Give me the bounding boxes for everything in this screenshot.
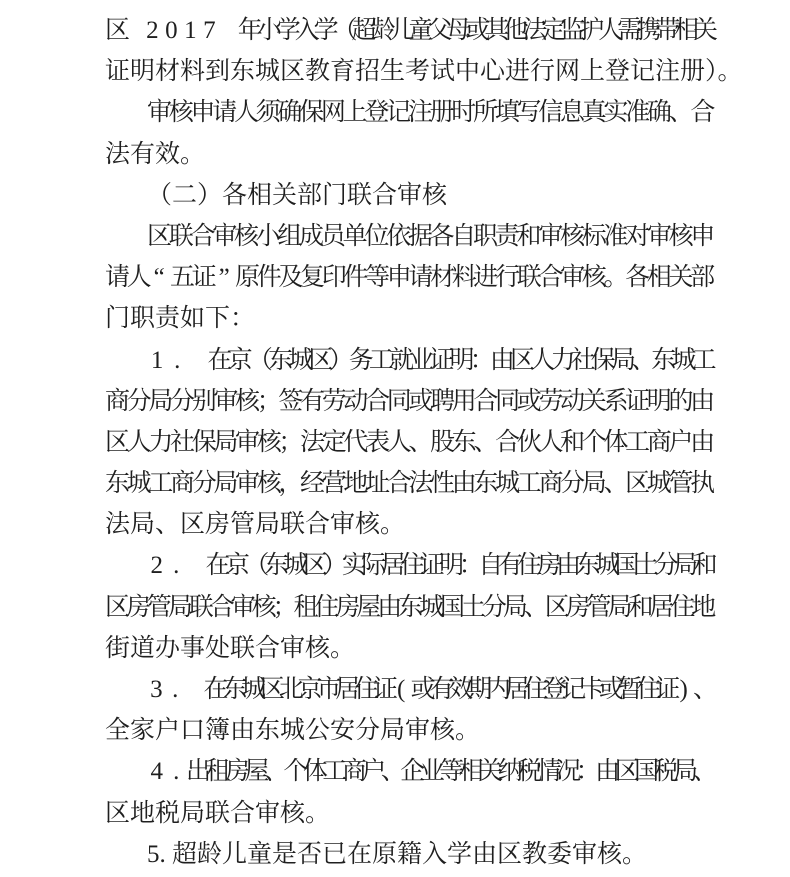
text-line: 5. 超龄儿童是否已在原籍入学由区教委审核。 <box>105 834 712 875</box>
text-line: 区联合审核小组成员单位依据各自职责和审核标准对审核申 <box>105 216 712 257</box>
text-line: 审核申请人须确保网上登记注册时所填写信息真实准确、合 <box>105 92 712 133</box>
text-line: 3. 在东城区北京市居住证(或有效期内居住登记卡或暂住证)、 <box>105 669 712 710</box>
text-line: 商分局分别审核；签有劳动合同或聘用合同或劳动关系证明的由 <box>105 381 712 422</box>
paragraph: 2. 在京（东城区）实际居住证明：自有住房由东城国土分局和区房管局联合审核；租住… <box>105 545 712 669</box>
paragraph: 区联合审核小组成员单位依据各自职责和审核标准对审核申请人“五证”原件及复印件等申… <box>105 216 712 340</box>
text-line: 区人力社保局审核；法定代表人、股东、合伙人和个体工商户由 <box>105 422 712 463</box>
text-line: 法有效。 <box>105 134 712 175</box>
text-line: 法局、区房管局联合审核。 <box>105 504 712 545</box>
paragraph: 4.出租房屋、个体工商户、企业等相关纳税情况：由区国税局、区地税局联合审核。 <box>105 751 712 833</box>
paragraph: （二）各相关部门联合审核 <box>105 175 712 216</box>
text-line: 街道办事处联合审核。 <box>105 628 712 669</box>
text-line: 1. 在京（东城区）务工就业证明：由区人力社保局、东城工 <box>105 340 712 381</box>
paragraph: 5. 超龄儿童是否已在原籍入学由区教委审核。 <box>105 834 712 875</box>
paragraph: 1. 在京（东城区）务工就业证明：由区人力社保局、东城工商分局分别审核；签有劳动… <box>105 340 712 546</box>
text-line: 证明材料到东城区教育招生考试中心进行网上登记注册）。 <box>105 51 712 92</box>
text-line: 区地税局联合审核。 <box>105 793 712 834</box>
text-line: 东城工商分局审核，经营地址合法性由东城工商分局、区城管执 <box>105 463 712 504</box>
paragraph: 区 2017 年小学入学（超龄儿童父母或其他法定监护人需携带相关证明材料到东城区… <box>105 10 712 92</box>
text-line: 区 2017 年小学入学（超龄儿童父母或其他法定监护人需携带相关 <box>105 10 712 51</box>
text-line: 2. 在京（东城区）实际居住证明：自有住房由东城国土分局和 <box>105 545 712 586</box>
paragraph: 审核申请人须确保网上登记注册时所填写信息真实准确、合法有效。 <box>105 92 712 174</box>
text-line: 请人“五证”原件及复印件等申请材料进行联合审核。各相关部 <box>105 257 712 298</box>
text-line: （二）各相关部门联合审核 <box>105 175 712 216</box>
text-line: 4.出租房屋、个体工商户、企业等相关纳税情况：由区国税局、 <box>105 751 712 792</box>
paragraph: 3. 在东城区北京市居住证(或有效期内居住登记卡或暂住证)、全家户口簿由东城公安… <box>105 669 712 751</box>
text-line: 区房管局联合审核；租住房屋由东城国土分局、区房管局和居住地 <box>105 587 712 628</box>
document-page: 区 2017 年小学入学（超龄儿童父母或其他法定监护人需携带相关证明材料到东城区… <box>0 0 790 877</box>
document-body: 区 2017 年小学入学（超龄儿童父母或其他法定监护人需携带相关证明材料到东城区… <box>105 0 712 875</box>
text-line: 门职责如下： <box>105 298 712 339</box>
text-line: 全家户口簿由东城公安分局审核。 <box>105 710 712 751</box>
